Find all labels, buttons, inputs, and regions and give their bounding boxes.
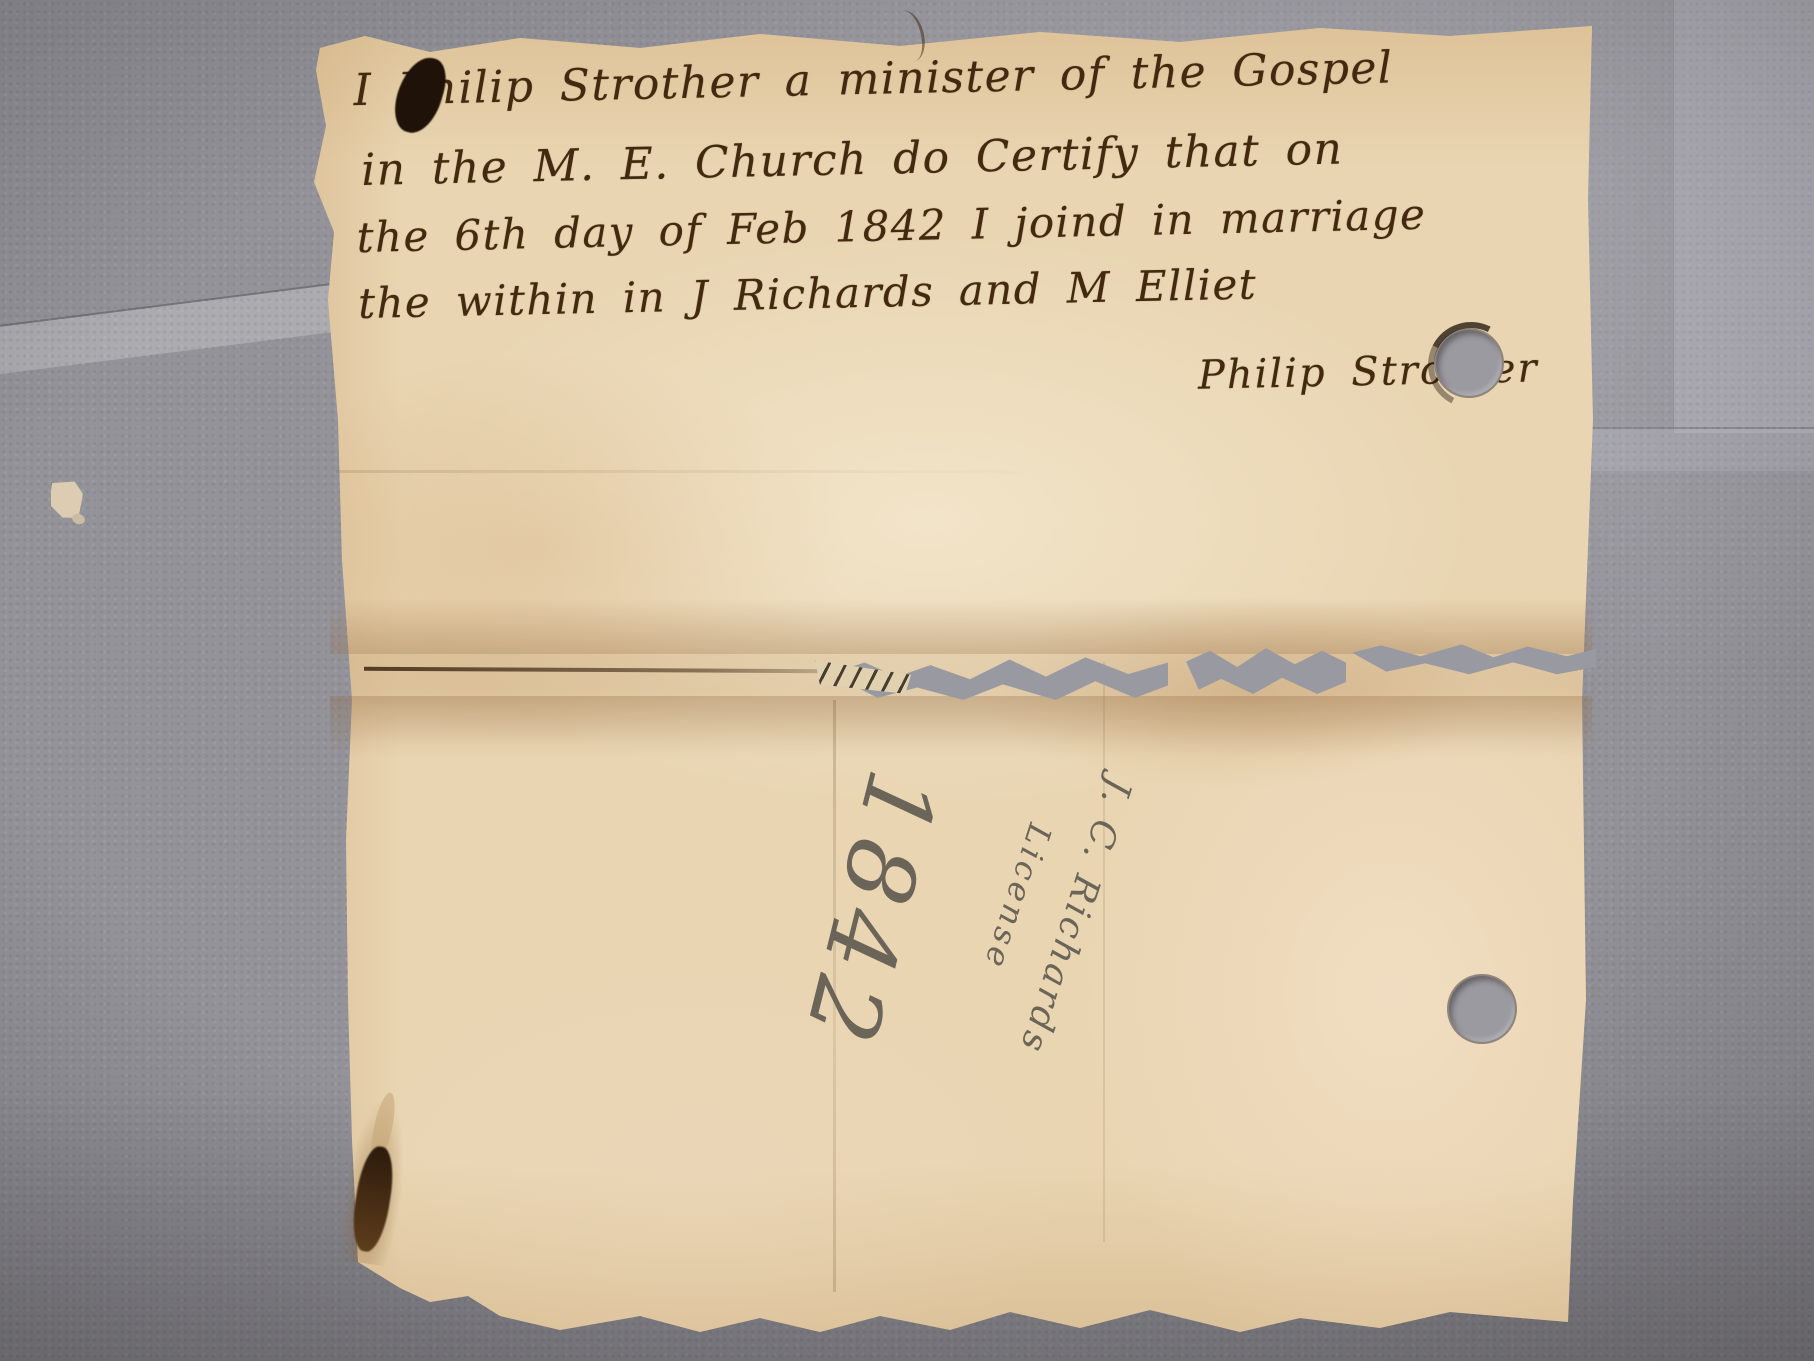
background-seam-left bbox=[0, 280, 364, 377]
handwritten-line-1: I Philip Strother a minister of the Gosp… bbox=[353, 42, 1394, 116]
handwritten-line-3: the 6th day of Feb 1842 I joind in marri… bbox=[356, 190, 1427, 262]
background-panel-top-right bbox=[1673, 0, 1814, 433]
handwritten-text-block: I Philip Strother a minister of the Gosp… bbox=[312, 0, 1607, 522]
tear-shadow-upper bbox=[330, 598, 1592, 654]
paper-scrap-fleck bbox=[71, 512, 87, 526]
punch-hole bbox=[1447, 974, 1517, 1044]
photograph: I Philip Strother a minister of the Gosp… bbox=[0, 0, 1814, 1361]
handwritten-line-4: the within in J Richards and M Elliet bbox=[358, 259, 1258, 328]
background-seam-right bbox=[1592, 427, 1814, 471]
handwritten-line-2: in the M. E. Church do Certify that on bbox=[361, 124, 1344, 196]
